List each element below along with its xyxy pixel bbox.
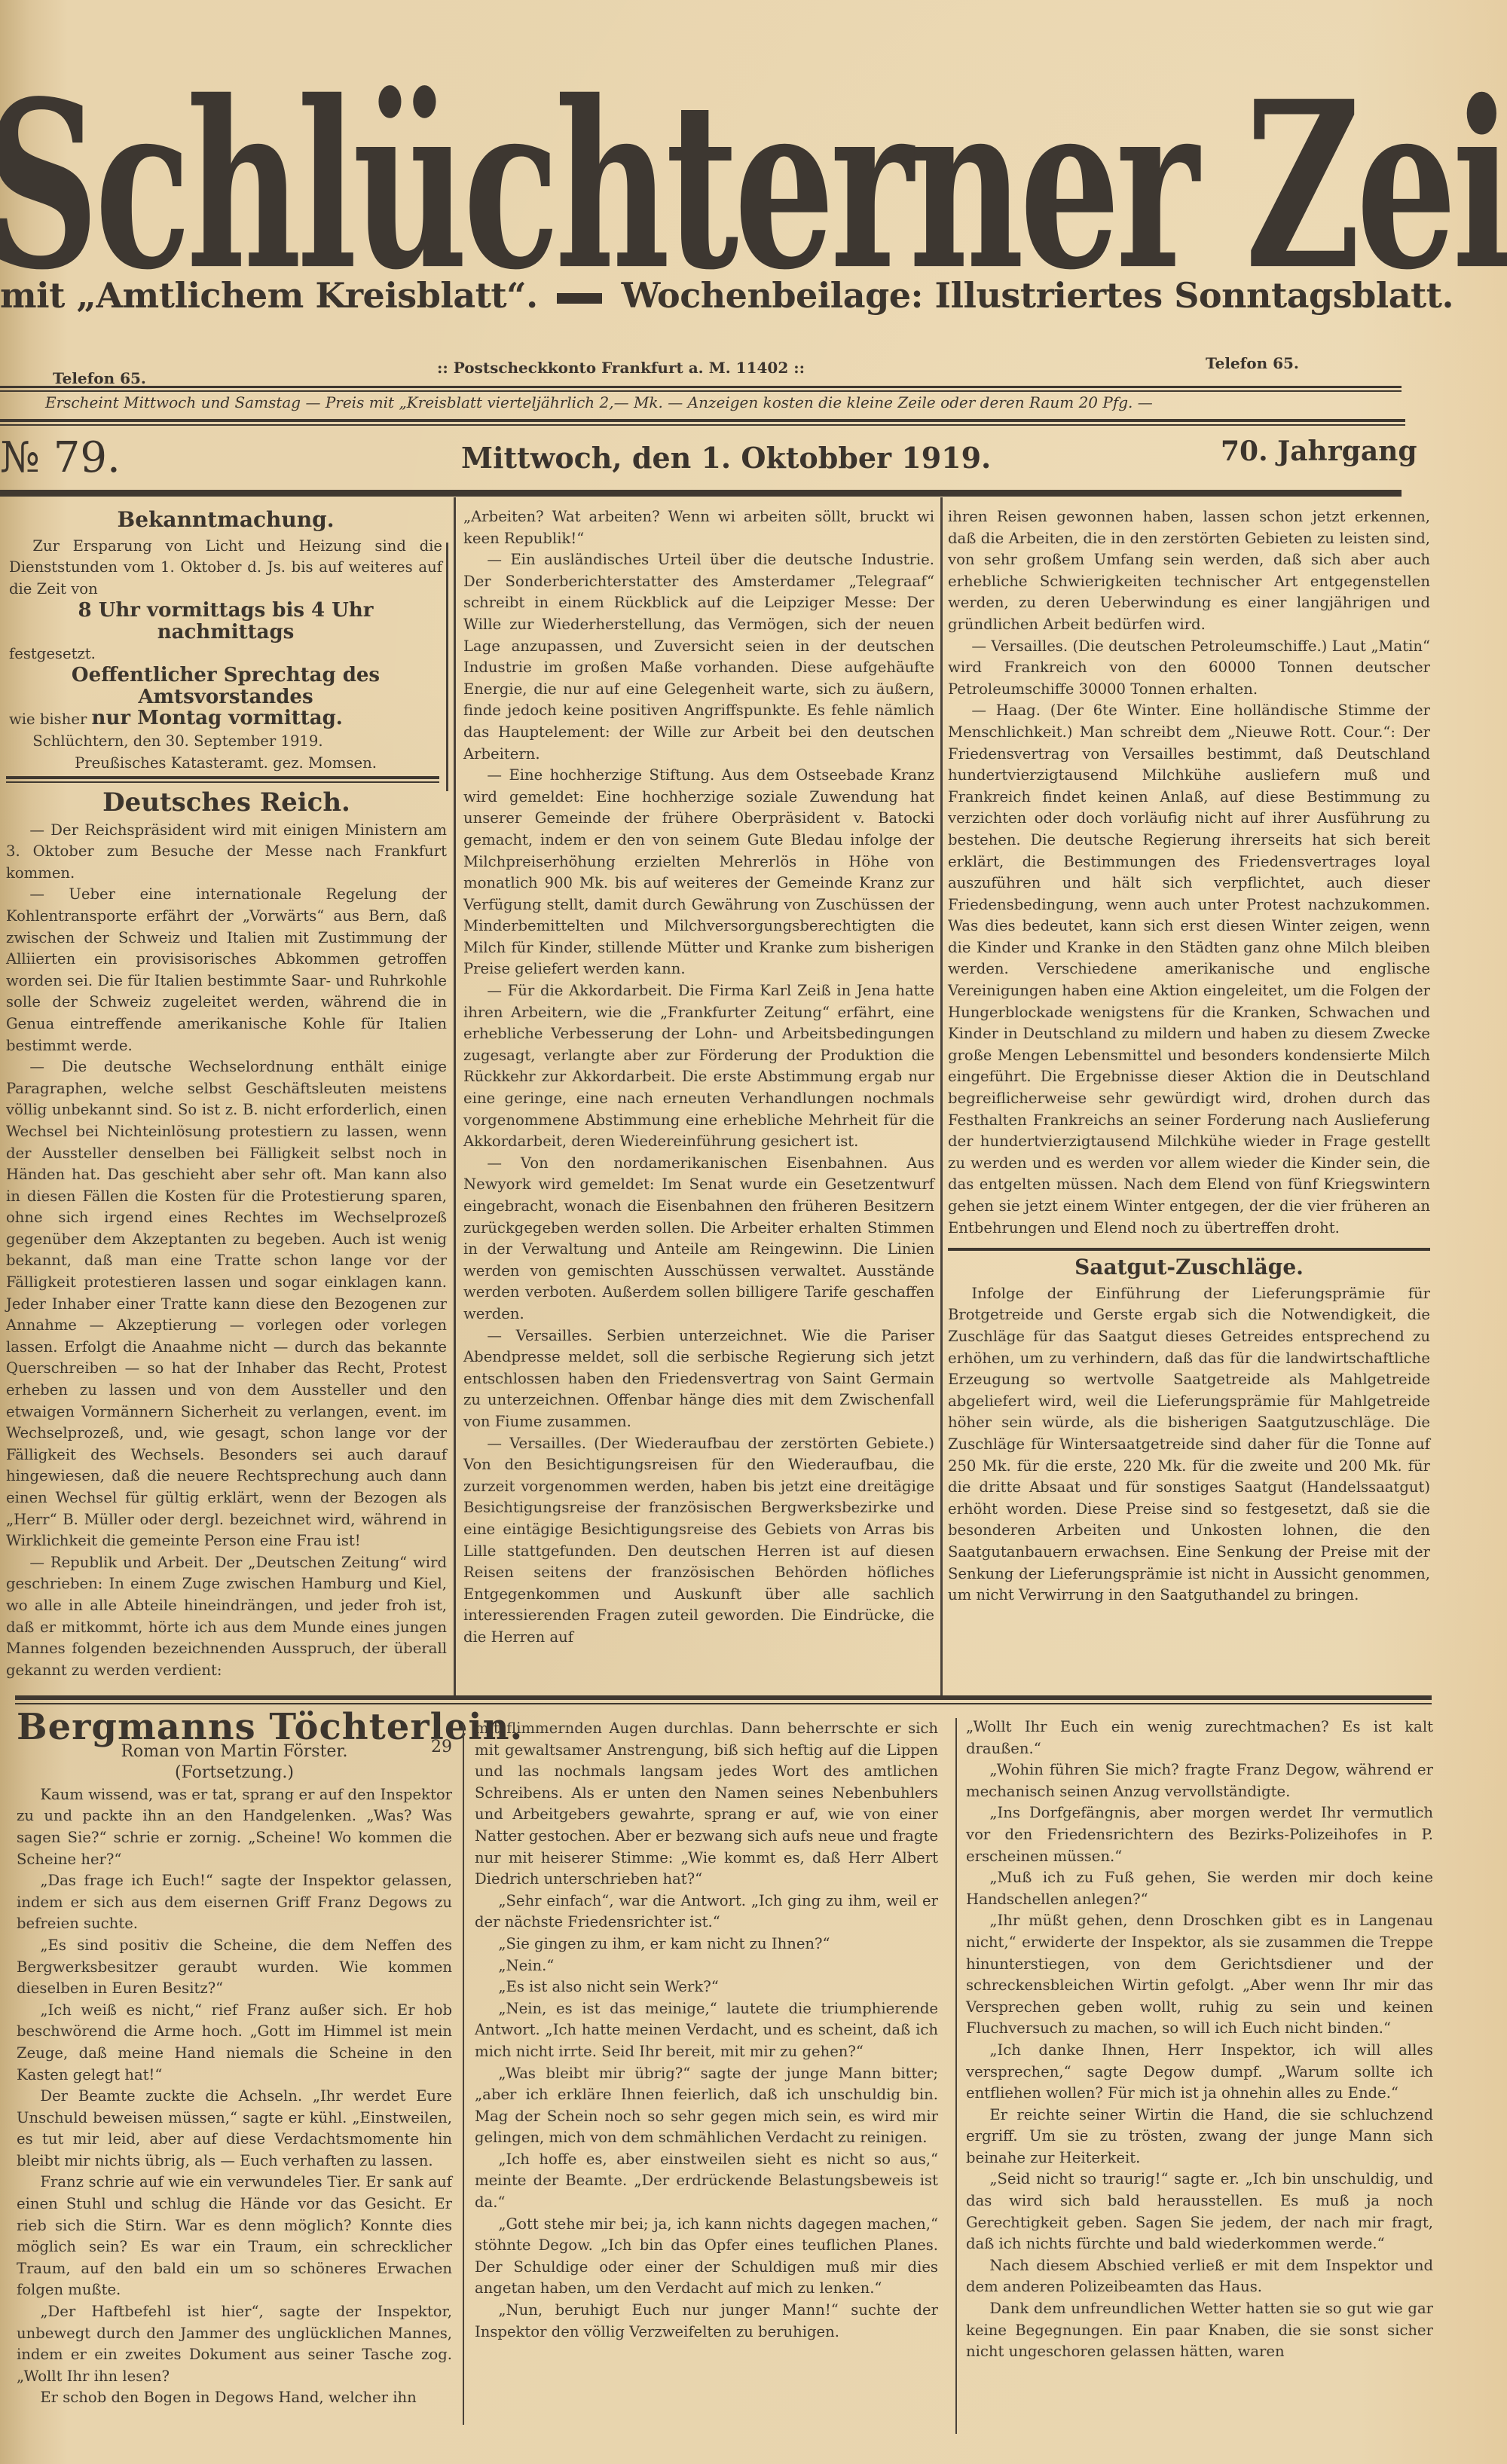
notice-paragraph: festgesetzt. [9,644,442,665]
rule [0,386,1402,388]
notice-heading: Bekanntmachung. [9,509,442,531]
rule [6,776,439,779]
column-divider [446,543,448,791]
serial-paragraph: „Ich hoffe es, aber einstweilen sieht es… [475,2149,938,2214]
news-item: — Für die Akkordarbeit. Die Firma Karl Z… [463,980,934,1153]
issue-number: № 79. [0,433,121,482]
serial-byline: Roman von Martin Förster. [121,1742,347,1761]
newspaper-title: Schlüchterner Zeitung [0,72,1507,301]
notice-hours: 8 Uhr vormittags bis 4 Uhr nachmittags [9,600,442,643]
serial-paragraph: „Was bleibt mir übrig?“ sagte der junge … [475,2063,938,2149]
serial-column-2: mit flimmernden Augen durchlas. Dann beh… [475,1718,938,2343]
news-item: — Der Reichspräsident wird mit einigen M… [6,820,447,885]
serial-paragraph: „Ihr müßt gehen, denn Droschken gibt es … [966,1910,1433,2040]
serial-paragraph: Er reichte seiner Wirtin die Hand, die s… [966,2105,1433,2169]
masthead-subtitle: mit „Amtlichem Kreisblatt“. Wochenbeilag… [0,275,1417,316]
rule [15,1695,1432,1700]
serial-paragraph: Der Beamte zuckte die Achseln. „Ihr werd… [17,2086,452,2172]
rule [0,490,1402,497]
serial-paragraph: Er schob den Bogen in Degows Hand, welch… [17,2387,452,2409]
serial-paragraph: „Wohin führen Sie mich? fragte Franz Deg… [966,1759,1433,1802]
rule [948,1248,1430,1251]
news-item: — Versailles. (Der Wiederaufbau der zers… [463,1433,934,1649]
serial-paragraph: Nach diesem Abschied verließ er mit dem … [966,2255,1433,2298]
serial-paragraph: „Es ist also nicht sein Werk?“ [475,1976,938,1998]
rule [6,781,439,783]
news-item: ihren Reisen gewonnen haben, lassen scho… [948,506,1430,636]
serial-paragraph: Franz schrie auf wie ein verwundeles Tie… [17,2172,452,2301]
serial-continuation: (Fortsetzung.) [17,1762,452,1784]
rule [0,390,1402,392]
notice-place-date: Schlüchtern, den 30. September 1919. [9,731,442,753]
telefon-right: Telefon 65. [1206,354,1299,372]
serial-title: Bergmanns Töchterlein. [17,1717,452,1738]
right-column: ihren Reisen gewonnen haben, lassen scho… [948,506,1430,1606]
news-item: — Ein ausländisches Urteil über die deut… [463,549,934,765]
serial-paragraph: „Nein, es ist das meinige,“ lautete die … [475,1998,938,2063]
news-item: — Versailles. (Die deutschen Petroleumsc… [948,636,1430,701]
postscheck-line: :: Postscheckkonto Frankfurt a. M. 11402… [437,359,805,377]
masthead: Schlüchterner Zeitung [0,72,1417,230]
section-heading: Deutsches Reich. [6,792,447,814]
installment-number: 29 [431,1737,452,1759]
subtitle-sonntagsblatt: Wochenbeilage: Illustriertes Sonntagsbla… [622,275,1454,316]
serial-paragraph: „Sehr einfach“, war die Antwort. „Ich gi… [475,1891,938,1934]
serial-paragraph: „Der Haftbefehl ist hier“, sagte der Ins… [17,2301,452,2387]
serial-paragraph: „Muß ich zu Fuß gehen, Sie werden mir do… [966,1867,1433,1910]
bekanntmachung-notice: Bekanntmachung. Zur Ersparung von Licht … [9,506,442,774]
saatgut-text: Infolge der Einführung der Lieferungsprä… [948,1283,1430,1606]
middle-column: „Arbeiten? Wat arbeiten? Wenn wi arbeite… [463,506,934,1648]
price-line: Erscheint Mittwoch und Samstag — Preis m… [45,393,1402,411]
rule [0,419,1405,422]
news-item: — Haag. (Der 6te Winter. Eine holländisc… [948,700,1430,1239]
news-item: — Republik und Arbeit. Der „Deutschen Ze… [6,1552,447,1682]
issue-date: Mittwoch, den 1. Oktobber 1919. [461,441,991,475]
serial-paragraph: „Das frage ich Euch!“ sagte der Inspekto… [17,1870,452,1935]
notice-signature: Preußisches Katasteramt. gez. Momsen. [9,753,442,775]
serial-paragraph: mit flimmernden Augen durchlas. Dann beh… [475,1718,938,1891]
serial-paragraph: „Nein.“ [475,1955,938,1977]
serial-paragraph: „Wollt Ihr Euch ein wenig zurechtmachen?… [966,1717,1433,1759]
subtitle-kreisblatt: mit „Amtlichem Kreisblatt“. [0,275,538,316]
serial-paragraph: Kaum wissend, was er tat, sprang er auf … [17,1784,452,1870]
rule [15,1703,1432,1704]
serial-paragraph: „Nun, beruhigt Euch nur junger Mann!“ su… [475,2300,938,2343]
news-item: — Von den nordamerikanischen Eisenbahnen… [463,1153,934,1325]
serial-paragraph: „Sie gingen zu ihm, er kam nicht zu Ihne… [475,1934,938,1955]
news-item: — Versailles. Serbien unterzeichnet. Wie… [463,1325,934,1433]
column-divider [940,497,943,1695]
news-item: — Ueber eine internationale Regelung der… [6,884,447,1056]
serial-paragraph: „Ich weiß es nicht,“ rief Franz außer si… [17,2000,452,2086]
saatgut-heading: Saatgut-Zuschläge. [948,1257,1430,1279]
notice-monday: nur Montag vormittag. [92,707,343,729]
serial-column-3: „Wollt Ihr Euch ein wenig zurechtmachen?… [966,1717,1433,2363]
serial-paragraph: Dank dem unfreundlichen Wetter hatten si… [966,2298,1433,2363]
serial-column-1: Bergmanns Töchterlein. Roman von Martin … [17,1717,452,2409]
news-item: „Arbeiten? Wat arbeiten? Wenn wi arbeite… [463,506,934,549]
column-divider [454,497,456,1695]
column-divider [955,1718,957,2434]
deutsches-reich-section: Deutsches Reich. — Der Reichspräsident w… [6,787,447,1681]
telefon-left: Telefon 65. [53,369,146,387]
serial-paragraph: „Es sind positiv die Scheine, die dem Ne… [17,1935,452,2000]
subtitle-dash [557,293,602,304]
notice-text: wie bisher [9,711,92,728]
serial-paragraph: „Seid nicht so traurig!“ sagte er. „Ich … [966,2169,1433,2255]
rule [0,424,1405,426]
news-item: — Eine hochherzige Stiftung. Aus dem Ost… [463,765,934,980]
notice-paragraph: Zur Ersparung von Licht und Heizung sind… [9,536,442,601]
notice-sprechtag: Oeffentlicher Sprechtag des Amtsvorstand… [9,665,442,708]
serial-paragraph: „Gott stehe mir bei; ja, ich kann nichts… [475,2214,938,2300]
serial-paragraph: „Ins Dorfgefängnis, aber morgen werdet I… [966,1802,1433,1867]
serial-paragraph: „Ich danke Ihnen, Herr Inspektor, ich wi… [966,2040,1433,2105]
volume-year: 70. Jahrgang [1221,436,1417,467]
column-divider [463,1724,464,2425]
news-item: — Die deutsche Wechselordnung enthält ei… [6,1056,447,1552]
